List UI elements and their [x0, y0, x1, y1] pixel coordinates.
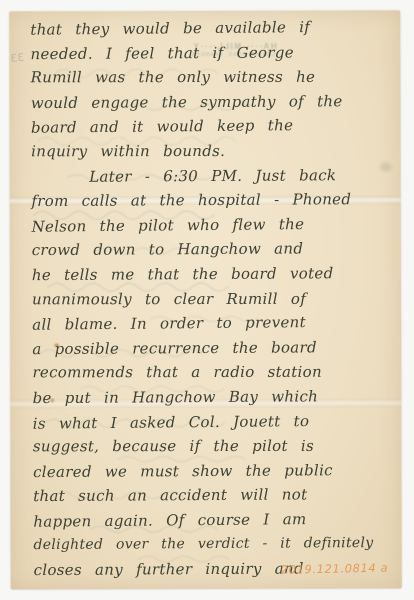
handwriting-line: is what I asked Col. Jouett to	[33, 408, 391, 436]
handwriting-line: be put in Hangchow Bay which	[33, 384, 391, 411]
handwriting-line: a possible recurrence the board	[32, 335, 390, 362]
handwriting-line: recommends that a radio station	[32, 360, 390, 385]
scan-background: HA···· MILL····Y · CANTON ROAD, SHANGHAI…	[0, 0, 414, 600]
catalog-number: 2019.121.0814 a	[280, 561, 388, 577]
handwriting-line: inquiry within bounds.	[31, 139, 389, 164]
handwriting-line: that they would be available if	[30, 14, 388, 42]
handwriting-line: he tells me that the board voted	[32, 261, 390, 288]
handwriting-line: all blame. In order to prevent	[32, 309, 390, 337]
handwriting-line: delighted over the verdict - it definite…	[33, 531, 391, 558]
letter-body: that they would be available ifneeded. I…	[30, 15, 391, 583]
bleedthrough-page-number: 33	[10, 51, 25, 65]
handwriting-line: board and it would keep the	[31, 113, 389, 141]
handwriting-line: unanimously to clear Rumill of	[32, 286, 390, 311]
handwriting-line: crowd down to Hangchow and	[32, 236, 390, 263]
handwriting-line: Later - 6:30 PM. Just back	[31, 162, 389, 189]
handwriting-line: that such an accident will not	[33, 482, 391, 509]
handwriting-line: would engage the sympathy of the	[31, 89, 389, 116]
handwriting-line: cleared we must show the public	[33, 458, 391, 485]
letter-page: HA···· MILL····Y · CANTON ROAD, SHANGHAI…	[9, 10, 402, 589]
handwriting-line: needed. I feel that if George	[30, 39, 388, 66]
handwriting-line: suggest, because if the pilot is	[33, 434, 391, 459]
handwriting-line: Rumill was the only witness he	[31, 65, 389, 90]
handwriting-line: Nelson the pilot who flew the	[31, 211, 389, 239]
handwriting-line: happen again. Of course I am	[33, 506, 391, 534]
handwriting-line: from calls at the hospital - Phoned	[31, 187, 389, 214]
